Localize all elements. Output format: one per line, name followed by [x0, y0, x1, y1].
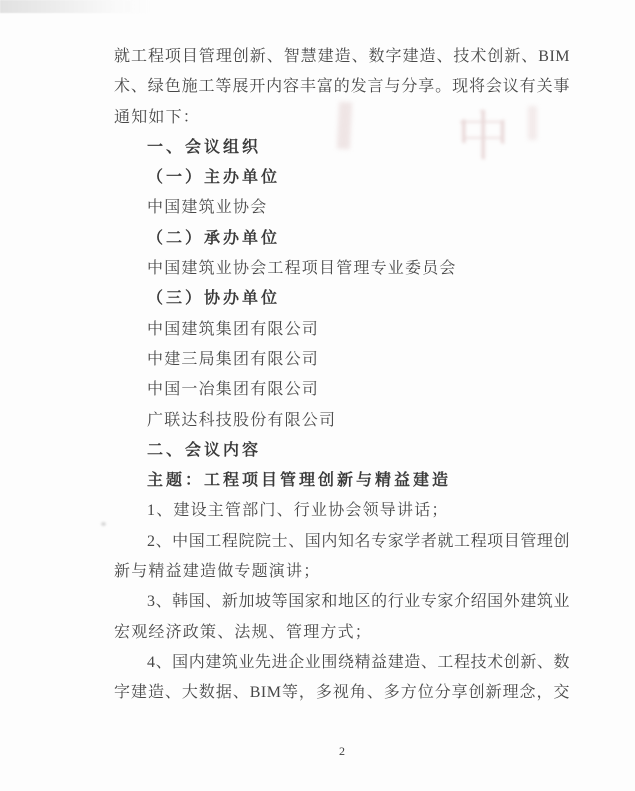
scan-speck-artifact [101, 522, 106, 526]
text-line: 中国建筑业协会 [114, 193, 570, 223]
text-line: 广联达科技股份有限公司 [114, 406, 570, 436]
section-heading: （三）协办单位 [114, 284, 570, 314]
section-heading: （一）主办单位 [114, 163, 570, 193]
text-line: 3、韩国、新加坡等国家和地区的行业专家介绍国外建筑业 [114, 587, 570, 617]
text-line: 通知如下： [114, 103, 570, 133]
text-line: 2、中国工程院院士、国内知名专家学者就工程项目管理创 [114, 527, 570, 557]
document-body: 就工程项目管理创新、智慧建造、数字建造、技术创新、BIM 技 术、绿色施工等展开… [114, 42, 570, 709]
document-page: 中 就工程项目管理创新、智慧建造、数字建造、技术创新、BIM 技 术、绿色施工等… [0, 0, 635, 791]
page-number: 2 [114, 744, 570, 759]
text-line: 新与精益建造做专题演讲； [114, 557, 570, 587]
scan-shadow-artifact [0, 0, 150, 13]
text-line: 中建三局集团有限公司 [114, 345, 570, 375]
text-line: 中国建筑集团有限公司 [114, 315, 570, 345]
text-line: 宏观经济政策、法规、管理方式； [114, 618, 570, 648]
text-line: 1、建设主管部门、行业协会领导讲话； [114, 496, 570, 526]
text-line: 中国建筑业协会工程项目管理专业委员会 [114, 254, 570, 284]
section-heading: 主题：工程项目管理创新与精益建造 [114, 466, 570, 496]
section-heading: 一、会议组织 [114, 133, 570, 163]
section-heading: 二、会议内容 [114, 436, 570, 466]
text-line: 术、绿色施工等展开内容丰富的发言与分享。现将会议有关事项 [114, 72, 570, 102]
text-line: 就工程项目管理创新、智慧建造、数字建造、技术创新、BIM 技 [114, 42, 570, 72]
text-line: 中国一冶集团有限公司 [114, 375, 570, 405]
section-heading: （二）承办单位 [114, 224, 570, 254]
text-line: 字建造、大数据、BIM等，多视角、多方位分享创新理念，交流 [114, 678, 570, 708]
text-line: 4、国内建筑业先进企业围绕精益建造、工程技术创新、数 [114, 648, 570, 678]
